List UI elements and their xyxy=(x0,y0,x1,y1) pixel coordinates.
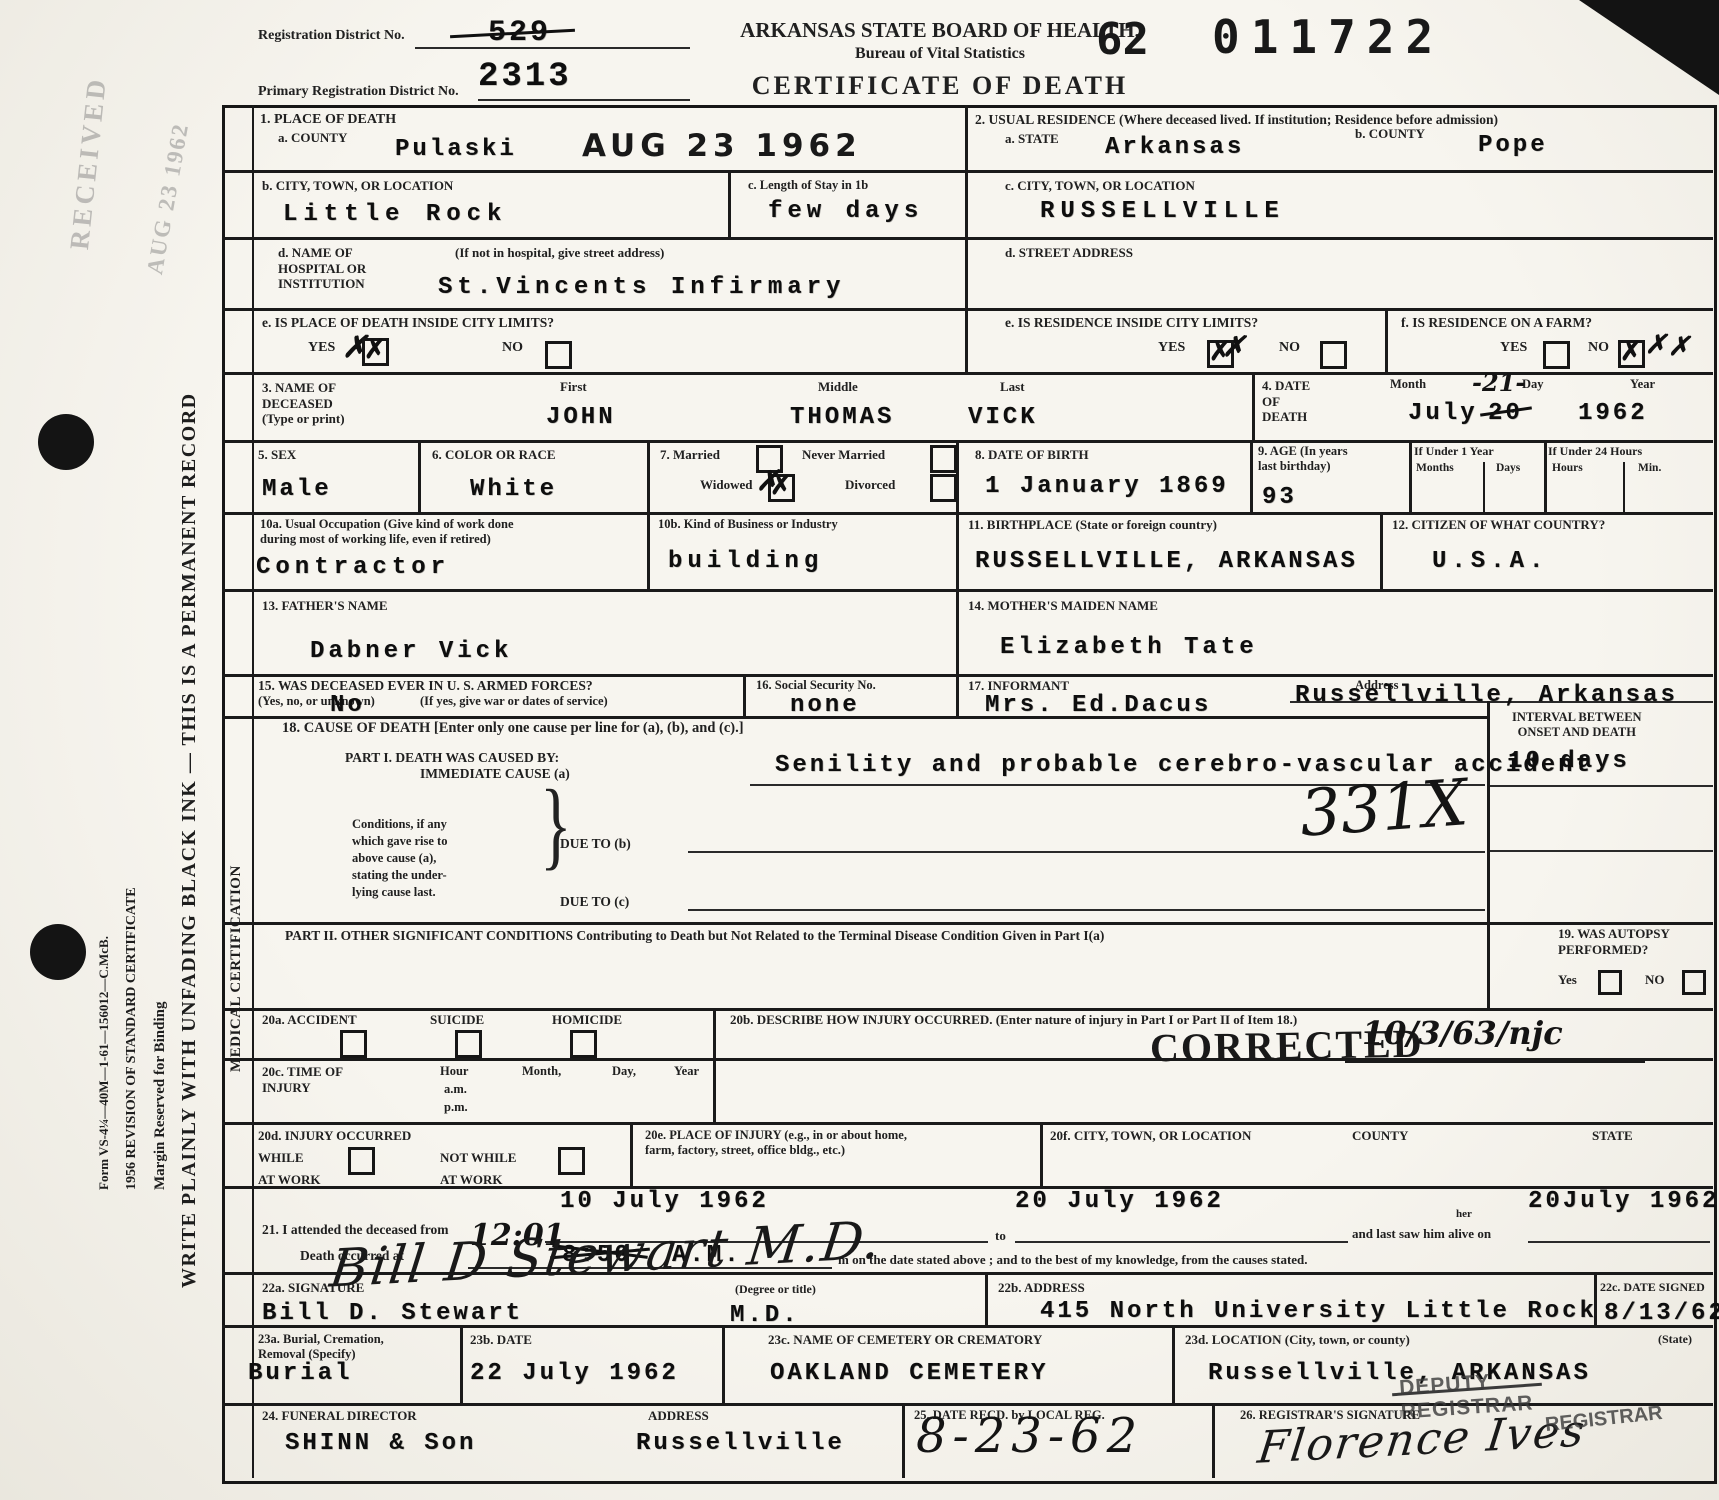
checkbox-autopsy-yes xyxy=(1598,970,1622,995)
cause-of-death-label: 18. CAUSE OF DEATH [Enter only one cause… xyxy=(282,720,744,737)
revision-margin: 1956 REVISION OF STANDARD CERTIFICATE xyxy=(124,887,140,1190)
residence-state-label: a. STATE xyxy=(1005,131,1059,147)
mothers-maiden-name-label: 14. MOTHER'S MAIDEN NAME xyxy=(968,598,1158,614)
grid-line xyxy=(1172,1325,1175,1403)
her-label: her xyxy=(1456,1208,1472,1221)
x-mark xyxy=(1668,332,1690,362)
residence-city-value: RUSSELLVILLE xyxy=(1040,198,1285,225)
to-label: to xyxy=(995,1228,1006,1244)
grid-line xyxy=(460,1325,463,1403)
pm-label: p.m. xyxy=(444,1100,468,1115)
month-label: Month, xyxy=(522,1064,561,1079)
received-date-stamp: AUG 23 1962 xyxy=(142,121,194,277)
fill-line xyxy=(1015,1241,1348,1243)
certificate-number-stamp: 011722 xyxy=(1212,10,1444,64)
occupation-label: 10a. Usual Occupation (Give kind of work… xyxy=(260,517,514,547)
hospital-note: (If not in hospital, give street address… xyxy=(455,245,664,261)
brace-icon: } xyxy=(540,769,572,883)
hospital-name-label: d. NAME OF HOSPITAL OR INSTITUTION xyxy=(278,245,366,292)
at-work-label: AT WORK xyxy=(440,1172,503,1188)
funeral-address-label: ADDRESS xyxy=(648,1408,709,1424)
sex-value: Male xyxy=(262,476,332,503)
state-label: (State) xyxy=(1658,1332,1692,1346)
burial-type-label: 23a. Burial, Cremation, Removal (Specify… xyxy=(258,1332,384,1362)
suicide-label: SUICIDE xyxy=(430,1012,484,1028)
checkbox-divorced xyxy=(930,474,957,502)
primary-district-value: 2313 xyxy=(478,58,572,96)
grid-line xyxy=(1487,850,1713,852)
county-label: a. COUNTY xyxy=(278,130,347,146)
funeral-director-label: 24. FUNERAL DIRECTOR xyxy=(262,1408,417,1424)
hole-punch xyxy=(38,414,94,470)
grid-line xyxy=(647,440,650,589)
age-value: 93 xyxy=(1262,484,1297,511)
year-label: Year xyxy=(1630,377,1655,392)
no-label: NO xyxy=(1588,340,1609,357)
day-label: Day, xyxy=(612,1064,636,1079)
checkbox-residence-farm-no xyxy=(1618,340,1645,368)
time-of-injury-label: 20c. TIME OF INJURY xyxy=(262,1064,343,1095)
autopsy-label: 19. WAS AUTOPSY PERFORMED? xyxy=(1558,926,1670,957)
checkbox-while-at-work xyxy=(348,1147,375,1175)
grid-line xyxy=(728,170,731,237)
autopsy-no-label: NO xyxy=(1645,972,1665,988)
hour-label: Hour xyxy=(440,1064,468,1079)
under-24-hours-label: If Under 24 Hours xyxy=(1548,444,1642,458)
street-address-label: d. STREET ADDRESS xyxy=(1005,245,1133,261)
death-city-value: Little Rock xyxy=(283,201,507,228)
grid-line xyxy=(1250,440,1253,512)
first-name-value: JOHN xyxy=(546,404,616,431)
date-of-death-label: 4. DATE OF DEATH xyxy=(1262,378,1310,425)
date-of-birth-value: 1 January 1869 xyxy=(985,473,1229,500)
no-label: NO xyxy=(1279,340,1300,357)
at-work-label: AT WORK xyxy=(258,1172,321,1188)
due-to-c-label: DUE TO (c) xyxy=(560,894,629,910)
grid-line xyxy=(630,1122,633,1186)
residence-farm-label: f. IS RESIDENCE ON A FARM? xyxy=(1401,315,1592,331)
grid-line xyxy=(222,440,1713,443)
scan-corner-shadow xyxy=(1579,0,1719,95)
citizen-label: 12. CITIZEN OF WHAT COUNTRY? xyxy=(1392,517,1605,533)
checkbox-suicide xyxy=(455,1030,482,1058)
yes-label: YES xyxy=(308,340,335,357)
injury-county-label: COUNTY xyxy=(1352,1128,1408,1144)
hospital-name-value: St.Vincents Infirmary xyxy=(438,274,845,301)
residence-city-label: c. CITY, TOWN, OR LOCATION xyxy=(1005,178,1195,194)
last-seen-value: 20July 1962 xyxy=(1528,1188,1719,1215)
checkbox-death-city-limits-no xyxy=(545,341,572,369)
age-label: 9. AGE (In years last birthday) xyxy=(1258,444,1348,474)
checkbox-residence-farm-yes xyxy=(1543,341,1570,369)
fill-line xyxy=(478,99,690,101)
fill-line xyxy=(415,47,690,49)
primary-district-label: Primary Registration District No. xyxy=(258,84,459,101)
physician-degree-value: M.D. xyxy=(730,1302,800,1329)
am-label: a.m. xyxy=(444,1082,467,1097)
yes-label: YES xyxy=(1500,340,1527,357)
homicide-label: HOMICIDE xyxy=(552,1012,622,1028)
place-of-death-label: 1. PLACE OF DEATH xyxy=(260,112,396,129)
conditions-note: Conditions, if any which gave rise to ab… xyxy=(352,816,447,900)
yes-label: YES xyxy=(1158,340,1185,357)
accident-label: 20a. ACCIDENT xyxy=(262,1012,357,1028)
x-mark xyxy=(756,464,779,497)
degree-label: (Degree or title) xyxy=(735,1282,816,1296)
checkbox-homicide xyxy=(570,1030,597,1058)
widowed-label: Widowed xyxy=(700,477,753,493)
date-received-value: 8-23-62 xyxy=(916,1408,1143,1464)
due-to-b-label: DUE TO (b) xyxy=(560,836,631,852)
grid-line xyxy=(1252,372,1255,440)
checkbox-never-married xyxy=(930,445,957,473)
last-name-value: VICK xyxy=(968,404,1038,431)
immediate-cause-value: Senility and probable cerebro-vascular a… xyxy=(775,752,1593,779)
married-label: 7. Married xyxy=(660,447,720,463)
fathers-name-label: 13. FATHER'S NAME xyxy=(262,598,388,614)
interval-value: 10 days xyxy=(1508,748,1630,775)
date-signed-value: 8/13/62 xyxy=(1604,1300,1719,1327)
divorced-label: Divorced xyxy=(845,477,895,493)
min-label: Min. xyxy=(1638,462,1661,476)
grid-line xyxy=(722,1325,725,1403)
grid-line xyxy=(222,512,1713,515)
cemetery-location-label: 23d. LOCATION (City, town, or county) xyxy=(1185,1332,1410,1348)
permanent-record-margin: WRITE PLAINLY WITH UNFADING BLACK INK — … xyxy=(178,392,201,1288)
grid-line xyxy=(743,674,746,716)
part1-label: PART I. DEATH WAS CAUSED BY: xyxy=(345,750,559,766)
physician-typed-name: Bill D. Stewart xyxy=(262,1300,523,1327)
grid-line xyxy=(222,674,1713,677)
cemetery-label: 23c. NAME OF CEMETERY OR CREMATORY xyxy=(768,1332,1042,1348)
funeral-address-value: Russellville xyxy=(636,1430,845,1457)
burial-date-value: 22 July 1962 xyxy=(470,1360,679,1387)
autopsy-yes-label: Yes xyxy=(1558,972,1577,988)
never-married-label: Never Married xyxy=(802,447,885,463)
armed-forces-value: No xyxy=(330,692,365,719)
grid-line xyxy=(1487,701,1490,1008)
hours-label: Hours xyxy=(1552,462,1583,476)
x-mark xyxy=(1645,330,1667,360)
business-value: building xyxy=(668,548,823,575)
grid-line xyxy=(985,1272,988,1325)
fill-line xyxy=(1528,1241,1710,1243)
cause-code-handwritten: 331X xyxy=(1298,766,1470,852)
causes-stated-text: m on the date stated above ; and to the … xyxy=(838,1252,1308,1268)
checkbox-accident xyxy=(340,1030,367,1058)
burial-type-value: Burial xyxy=(248,1360,352,1387)
death-day-corrected: -21- xyxy=(1472,368,1525,397)
while-label: WHILE xyxy=(258,1150,304,1166)
attended-from-value: 10 July 1962 xyxy=(560,1188,769,1215)
date-of-birth-label: 8. DATE OF BIRTH xyxy=(975,447,1089,463)
date-received-stamp: AUG 23 1962 xyxy=(582,128,862,164)
occupation-value: Contractor xyxy=(256,554,450,581)
grid-line xyxy=(1483,462,1485,512)
grid-line xyxy=(902,1403,905,1478)
date-signed-label: 22c. DATE SIGNED xyxy=(1600,1280,1705,1294)
name-of-deceased-label: 3. NAME OF DECEASED (Type or print) xyxy=(262,380,345,427)
certificate-title: CERTIFICATE OF DEATH xyxy=(690,70,1190,101)
grid-line xyxy=(1385,308,1388,372)
physician-address-label: 22b. ADDRESS xyxy=(998,1280,1085,1296)
grid-line xyxy=(222,237,1713,240)
middle-name-value: THOMAS xyxy=(790,404,894,431)
sex-label: 5. SEX xyxy=(258,447,296,463)
corrected-date-handwritten: 10/3/63/njc xyxy=(1362,1014,1563,1052)
cemetery-value: OAKLAND CEMETERY xyxy=(770,1360,1048,1387)
residence-county-label: b. COUNTY xyxy=(1355,126,1425,142)
interval-label: INTERVAL BETWEEN ONSET AND DEATH xyxy=(1512,710,1642,740)
hole-punch xyxy=(30,924,86,980)
death-certificate-scan: RECEIVED AUG 23 1962 Form VS-4¼—40M—1-61… xyxy=(0,0,1719,1500)
grid-line xyxy=(222,308,1713,311)
grid-line xyxy=(222,170,1713,173)
burial-date-label: 23b. DATE xyxy=(470,1332,532,1348)
part2-label: PART II. OTHER SIGNIFICANT CONDITIONS Co… xyxy=(285,928,1104,944)
residence-state-value: Arkansas xyxy=(1105,134,1244,161)
informant-value: Mrs. Ed.Dacus xyxy=(985,692,1211,719)
under-1-year-label: If Under 1 Year xyxy=(1414,444,1494,458)
residence-city-limits-label: e. IS RESIDENCE INSIDE CITY LIMITS? xyxy=(1005,315,1258,331)
citizen-value: U.S.A. xyxy=(1432,548,1548,575)
grid-line xyxy=(1487,785,1713,787)
first-name-label: First xyxy=(560,379,587,395)
ssn-value: none xyxy=(790,692,860,719)
ssn-label: 16. Social Security No. xyxy=(756,678,876,693)
residence-county-value: Pope xyxy=(1478,132,1548,159)
fathers-name-value: Dabner Vick xyxy=(310,638,512,665)
last-saw-alive-label: and last saw him alive on xyxy=(1352,1226,1491,1242)
fill-line xyxy=(688,851,1485,853)
grid-line xyxy=(1623,462,1625,512)
received-stamp: RECEIVED xyxy=(64,74,113,251)
birthplace-value: RUSSELLVILLE, ARKANSAS xyxy=(975,548,1358,575)
physician-address-value: 415 North University Little Rock xyxy=(1040,1298,1597,1325)
county-value: Pulaski xyxy=(395,136,517,163)
length-of-stay-value: few days xyxy=(768,198,923,225)
injury-state-label: STATE xyxy=(1592,1128,1633,1144)
binding-margin: Margin Reserved for Binding xyxy=(152,1002,169,1190)
last-name-label: Last xyxy=(1000,379,1025,395)
injury-city-label: 20f. CITY, TOWN, OR LOCATION xyxy=(1050,1128,1251,1144)
grid-line xyxy=(222,589,1713,592)
months-label: Months xyxy=(1416,462,1454,476)
checkbox-residence-city-limits-no xyxy=(1320,341,1347,369)
fill-line xyxy=(688,909,1485,911)
form-number-margin: Form VS-4¼—40M—1-61—156012—C.McB. xyxy=(96,936,112,1190)
grid-line xyxy=(713,1008,716,1122)
middle-name-label: Middle xyxy=(818,379,858,395)
month-label: Month xyxy=(1390,377,1426,392)
no-label: NO xyxy=(502,340,523,357)
place-of-injury-label: 20e. PLACE OF INJURY (e.g., in or about … xyxy=(645,1128,907,1158)
death-city-label: b. CITY, TOWN, OR LOCATION xyxy=(262,178,453,194)
mothers-maiden-name-value: Elizabeth Tate xyxy=(1000,634,1258,661)
not-while-label: NOT WHILE xyxy=(440,1150,516,1166)
race-value: White xyxy=(470,476,557,503)
informant-address-value: Russellville, Arkansas xyxy=(1295,682,1678,709)
death-month-value: July xyxy=(1408,400,1478,427)
attended-to-value: 20 July 1962 xyxy=(1015,1188,1224,1215)
x-mark xyxy=(1222,330,1245,363)
armed-forces-note2: (If yes, give war or dates of service) xyxy=(420,694,608,709)
grid-line xyxy=(1380,512,1383,589)
birthplace-label: 11. BIRTHPLACE (State or foreign country… xyxy=(968,517,1217,533)
certificate-year-stamp: 62 xyxy=(1096,14,1149,65)
grid-line xyxy=(222,1008,1713,1011)
death-city-limits-label: e. IS PLACE OF DEATH INSIDE CITY LIMITS? xyxy=(262,315,554,331)
length-of-stay-label: c. Length of Stay in 1b xyxy=(748,178,868,193)
grid-line xyxy=(965,105,968,372)
year-label: Year xyxy=(674,1064,699,1079)
grid-line xyxy=(1040,1122,1043,1186)
grid-line xyxy=(1212,1403,1215,1478)
checkbox-autopsy-no xyxy=(1682,970,1706,995)
grid-line xyxy=(222,1122,1713,1125)
grid-line xyxy=(1409,440,1412,512)
days-label: Days xyxy=(1496,462,1520,476)
business-label: 10b. Kind of Business or Industry xyxy=(658,517,838,532)
race-label: 6. COLOR OR RACE xyxy=(432,447,556,463)
armed-forces-label: 15. WAS DECEASED EVER IN U. S. ARMED FOR… xyxy=(258,678,593,694)
injury-occurred-label: 20d. INJURY OCCURRED xyxy=(258,1128,411,1144)
registration-district-label: Registration District No. xyxy=(258,28,405,45)
funeral-director-value: SHINN & Son xyxy=(285,1430,476,1457)
grid-line xyxy=(1544,440,1547,512)
checkbox-not-while-at-work xyxy=(558,1147,585,1175)
death-year-value: 1962 xyxy=(1578,400,1648,427)
checkbox-death-city-limits-yes xyxy=(362,338,389,366)
grid-line xyxy=(418,440,421,512)
